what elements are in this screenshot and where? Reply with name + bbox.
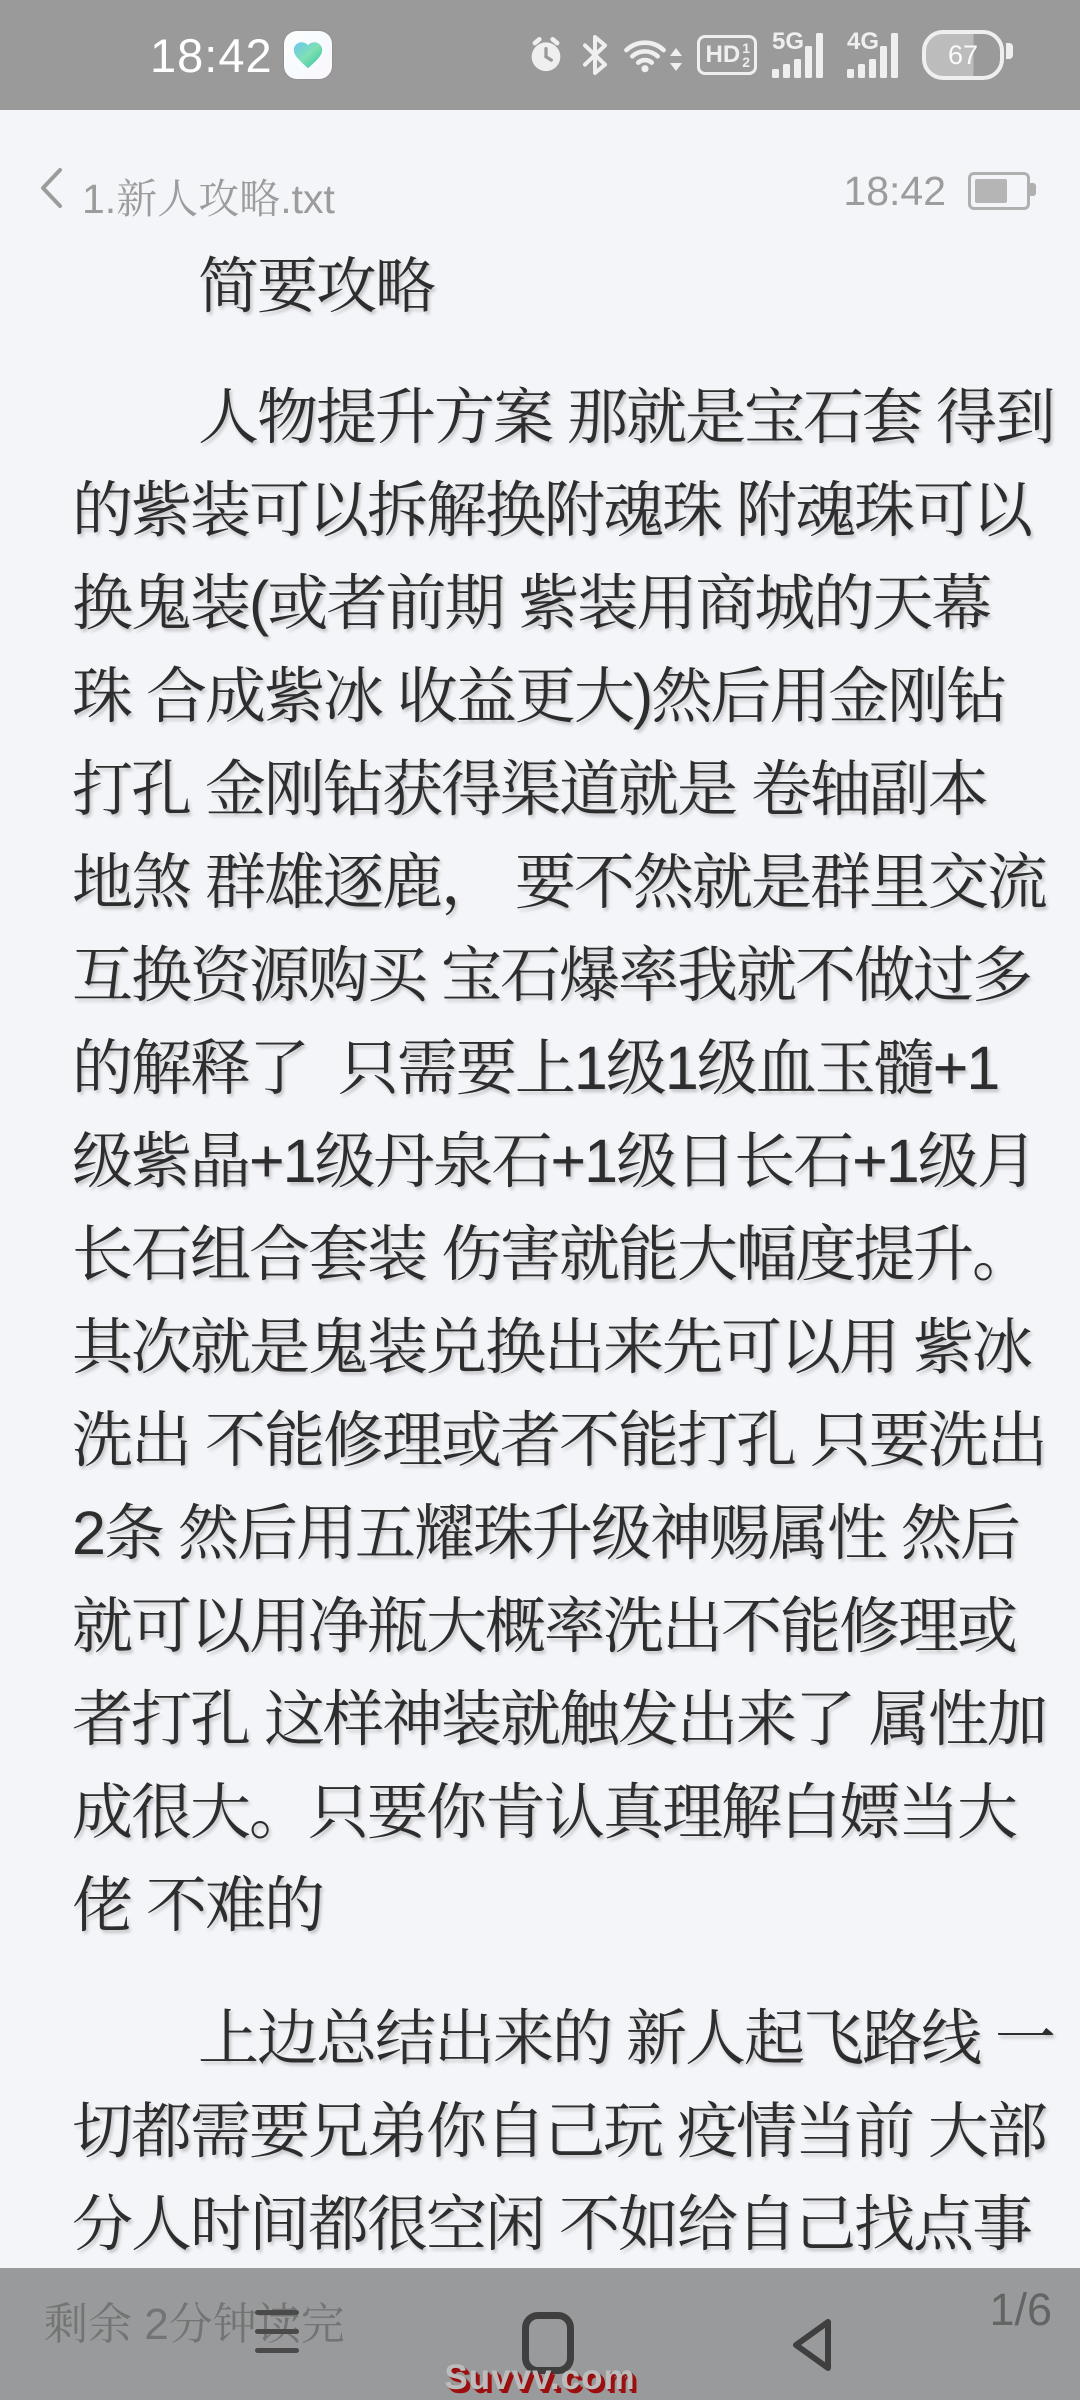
reader-body[interactable]: 简要攻略 人物提升方案 那就是宝石套 得到 的紫装可以拆解换附魂珠 附魂珠可以 … xyxy=(72,240,1032,2271)
paragraph-1: 人物提升方案 那就是宝石套 得到 的紫装可以拆解换附魂珠 附魂珠可以 换鬼装(或… xyxy=(72,371,1032,1952)
paragraph-2: 上边总结出来的 新人起飞路线 一 切都需要兄弟你自己玩 疫情当前 大部 分人时间… xyxy=(72,1992,1032,2271)
body-line: 级紫晶+1级丹泉石+1级日长石+1级月 xyxy=(72,1115,1032,1208)
body-line: 互换资源购买 宝石爆率我就不做过多 xyxy=(72,929,1032,1022)
body-line: 长石组合套装 伤害就能大幅度提升。 xyxy=(72,1208,1032,1301)
reader-footer: 剩余 2分钟读完 1/6 Suvvv.com xyxy=(0,2268,1080,2400)
heart-logo-icon xyxy=(291,38,325,72)
body-line: 就可以用净瓶大概率洗出不能修理或 xyxy=(72,1580,1032,1673)
body-line: 打孔 金刚钻获得渠道就是 卷轴副本 xyxy=(72,743,1032,836)
hd-sub: 2 xyxy=(742,55,750,69)
chevron-left-icon xyxy=(38,166,64,210)
back-button[interactable] xyxy=(38,166,64,215)
reader-header: 1.新人攻略.txt 18:42 xyxy=(0,110,1080,240)
status-bar: 18:42 xyxy=(0,0,1080,110)
wifi-icon xyxy=(623,37,682,73)
body-line: 2条 然后用五耀珠升级神赐属性 然后 xyxy=(72,1487,1032,1580)
signal-4g-icon: 4G xyxy=(847,31,907,79)
body-line: 珠 合成紫冰 收益更大)然后用金刚钻 xyxy=(72,650,1032,743)
body-line: 其次就是鬼装兑换出来先可以用 紫冰 xyxy=(72,1301,1032,1394)
header-time: 18:42 xyxy=(843,168,946,215)
page-indicator: 1/6 xyxy=(989,2284,1052,2336)
app-badge-icon xyxy=(284,31,332,79)
body-line: 的解释了 只需要上1级1级血玉髓+1 xyxy=(72,1022,1032,1115)
bluetooth-icon xyxy=(582,33,608,77)
hd-label: HD xyxy=(706,41,741,69)
body-line: 成很大。只要你肯认真理解白嫖当大 xyxy=(72,1766,1032,1859)
body-line: 佬 不难的 xyxy=(72,1859,1032,1952)
remaining-time-label: 剩余 2分钟读完 xyxy=(44,2288,345,2352)
status-icons: HD 1 2 5G 4G 67 xyxy=(525,0,1004,110)
menu-icon xyxy=(255,2310,299,2315)
header-battery-icon xyxy=(968,172,1030,210)
alarm-clock-icon xyxy=(525,34,567,76)
watermark: Suvvv.com xyxy=(0,2358,1080,2398)
status-time: 18:42 xyxy=(150,28,273,83)
body-line: 换鬼装(或者前期 紫装用商城的天幕 xyxy=(72,557,1032,650)
body-line: 洗出 不能修理或者不能打孔 只要洗出 xyxy=(72,1394,1032,1487)
body-line: 的紫装可以拆解换附魂珠 附魂珠可以 xyxy=(72,464,1032,557)
body-line: 分人时间都很空闲 不如给自己找点事 xyxy=(72,2178,1032,2271)
doc-title: 简要攻略 xyxy=(72,240,1032,333)
hd-volte-icon: HD 1 2 xyxy=(697,35,757,75)
battery-level: 67 xyxy=(948,40,978,71)
wifi-traffic-arrows-icon xyxy=(670,48,682,73)
phone-screen: { "status_bar": { "time": "18:42", "hd":… xyxy=(0,0,1080,2400)
signal-5g-icon: 5G xyxy=(772,31,832,79)
body-line: 上边总结出来的 新人起飞路线 一 xyxy=(72,1992,1032,2085)
body-line: 切都需要兄弟你自己玩 疫情当前 大部 xyxy=(72,2085,1032,2178)
body-line: 人物提升方案 那就是宝石套 得到 xyxy=(72,371,1032,464)
body-line: 地煞 群雄逐鹿， 要不然就是群里交流 xyxy=(72,836,1032,929)
body-line: 者打孔 这样神装就触发出来了 属性加 xyxy=(72,1673,1032,1766)
battery-icon: 67 xyxy=(922,30,1004,80)
file-title: 1.新人攻略.txt xyxy=(82,166,335,225)
hd-sup: 1 xyxy=(742,41,750,55)
